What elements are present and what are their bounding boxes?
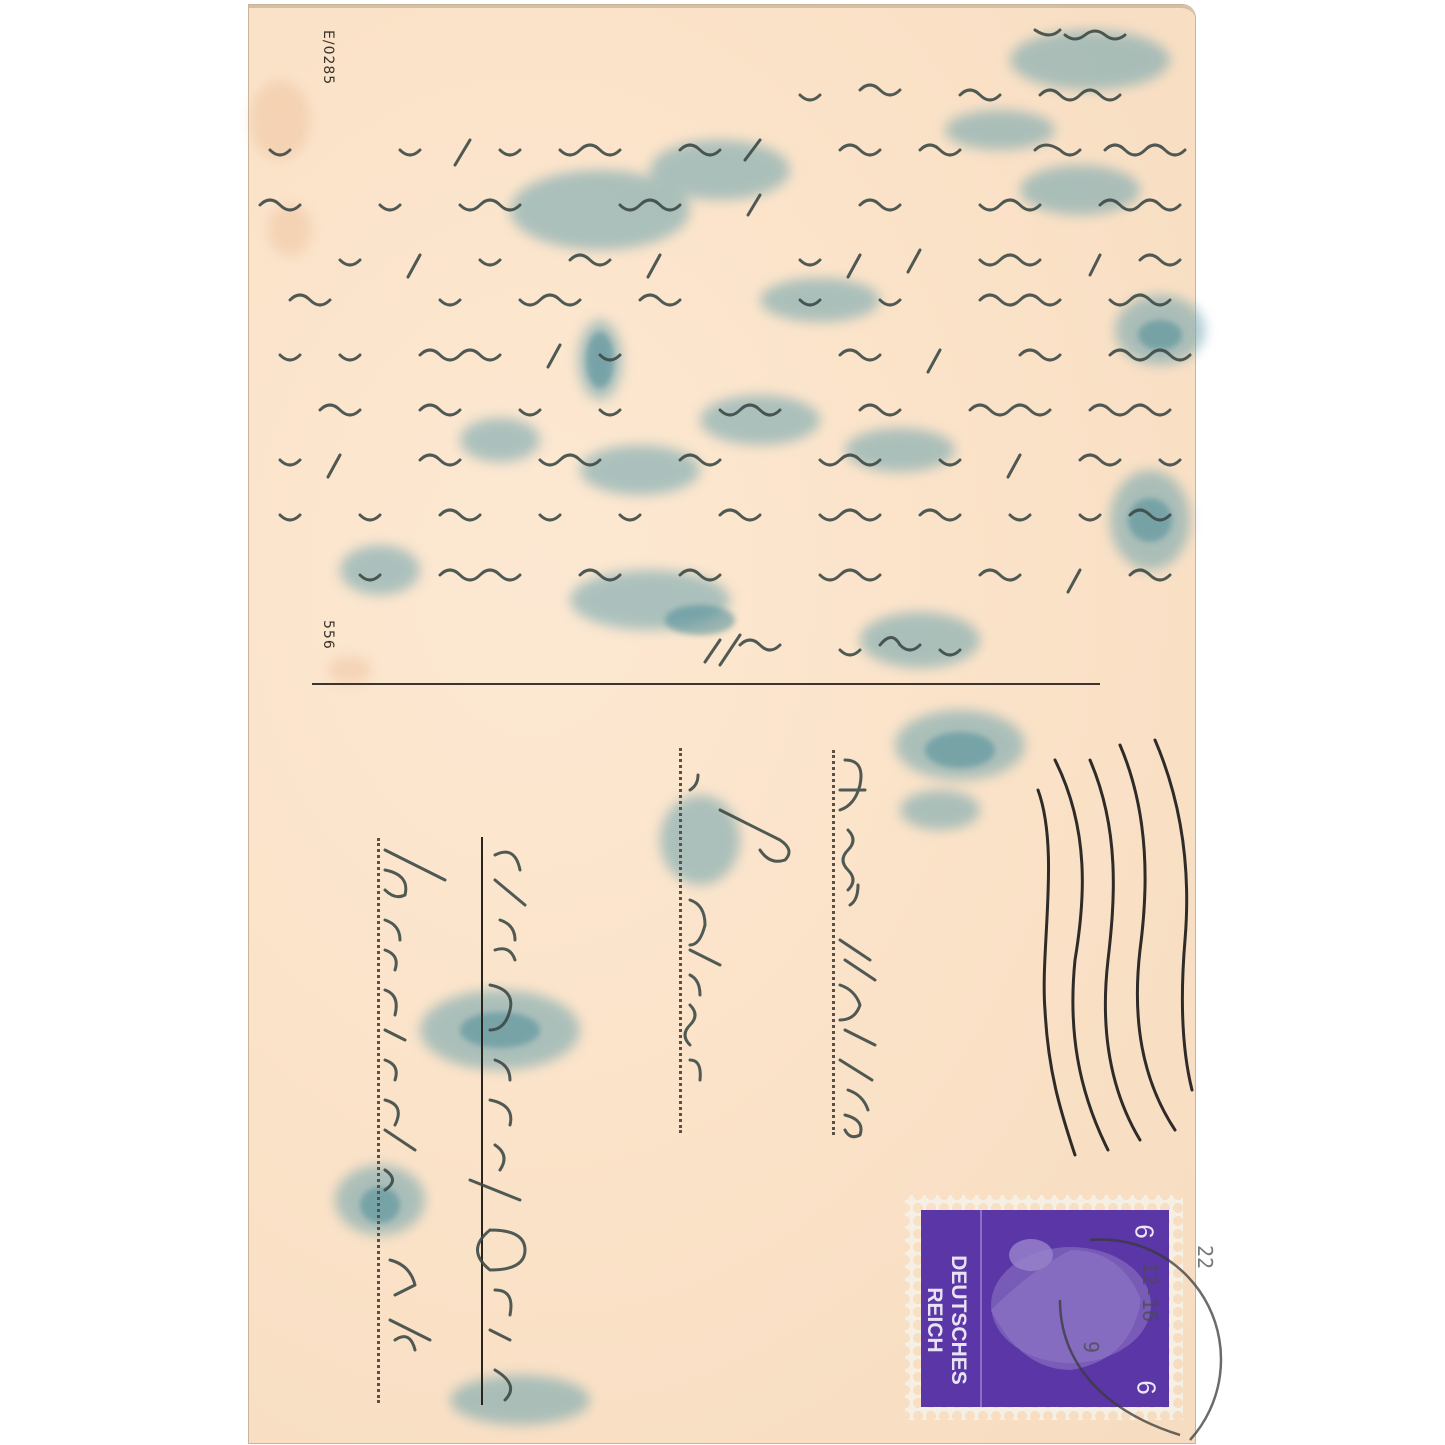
postmark-day: 9 xyxy=(1079,1341,1103,1353)
postage-stamp: DEUTSCHES REICH 6 6 xyxy=(921,1210,1169,1407)
postmark-date: 12-16 xyxy=(1138,1262,1162,1322)
message-address-divider xyxy=(312,683,1100,685)
print-code-middle: 556 xyxy=(320,620,336,650)
address-line-3 xyxy=(377,838,380,1403)
stamp-portrait-icon xyxy=(921,1210,1169,1407)
address-line-1 xyxy=(832,750,835,1135)
address-line-2 xyxy=(679,748,682,1133)
postmark-year: 22 xyxy=(1193,1245,1217,1269)
stamp-value-top: 6 xyxy=(1129,1224,1160,1238)
stamp-value-bottom: 6 xyxy=(1131,1380,1162,1394)
address-line-4-underline xyxy=(481,837,483,1405)
print-code-top: E/0285 xyxy=(320,30,336,85)
